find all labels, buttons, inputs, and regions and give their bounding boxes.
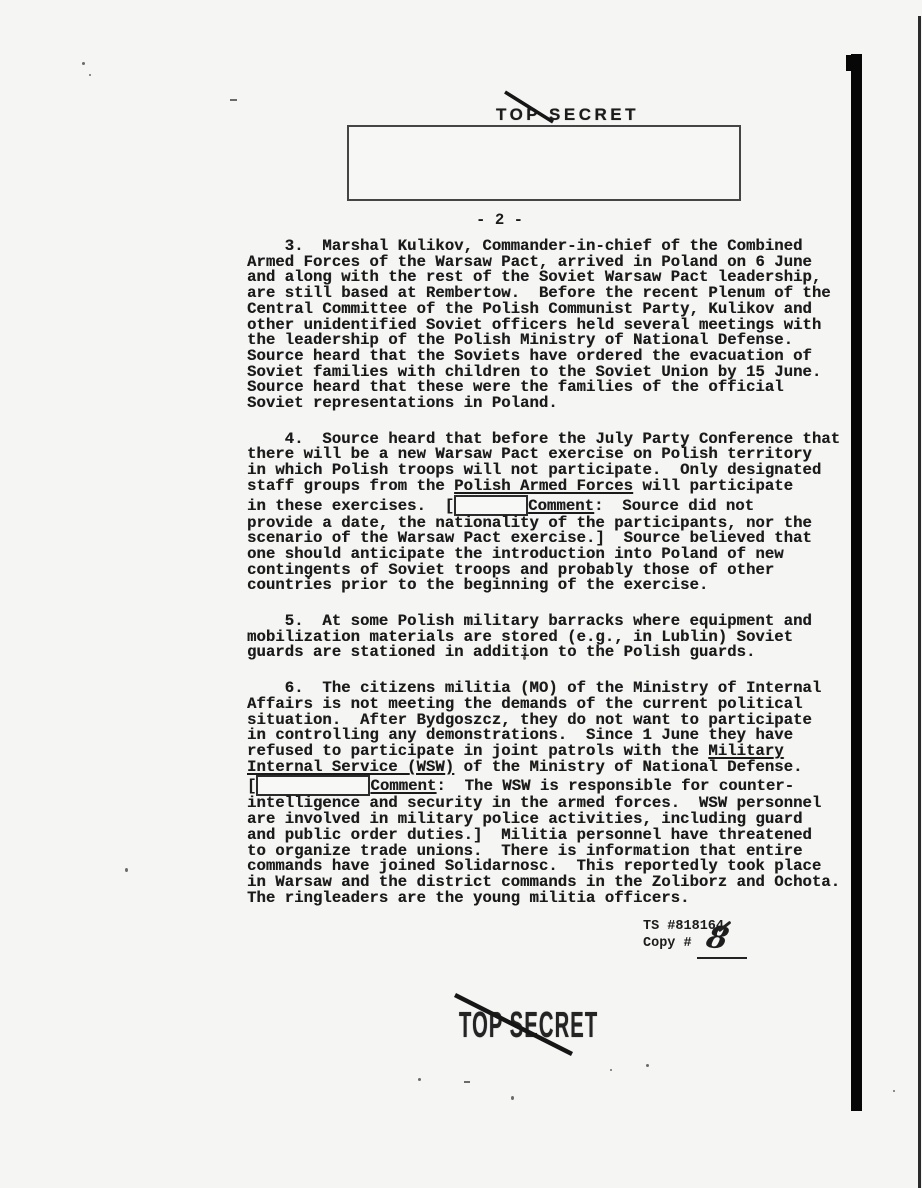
- redaction-box-inline: [454, 495, 528, 516]
- page-number: - 2 -: [476, 211, 523, 229]
- scan-speckle: [89, 74, 91, 76]
- redaction-box-large: [347, 125, 741, 201]
- paragraph: 5. At some Polish military barracks wher…: [247, 614, 840, 661]
- text-line: countries prior to the beginning of the …: [247, 578, 840, 594]
- paragraph: 3. Marshal Kulikov, Commander-in-chief o…: [247, 239, 840, 412]
- document-body: 3. Marshal Kulikov, Commander-in-chief o…: [247, 239, 840, 926]
- paragraph: 4. Source heard that before the July Par…: [247, 432, 840, 594]
- underlined-text: Comment: [528, 497, 594, 515]
- classification-top: TOP SECRET: [496, 105, 639, 125]
- redaction-box-inline: [256, 775, 370, 796]
- text-line: in these exercises. [Comment: Source did…: [247, 495, 840, 516]
- copy-number-underline: [697, 957, 747, 959]
- ts-copy-block: TS #818164 Copy # 8: [643, 918, 724, 952]
- text-segment: The ringleaders are the young militia of…: [247, 889, 689, 907]
- text-segment: in these exercises. [: [247, 497, 454, 515]
- scan-speckle: [646, 1064, 649, 1067]
- text-line: Internal Service (WSW) of the Ministry o…: [247, 760, 840, 776]
- scan-speckle: [523, 650, 526, 653]
- scan-speckle: [523, 656, 526, 660]
- text-segment: of the Ministry of National Defense.: [454, 758, 802, 776]
- text-segment: countries prior to the beginning of the …: [247, 576, 708, 594]
- underlined-text: Polish Armed Forces: [454, 477, 633, 495]
- text-line: Soviet representations in Poland.: [247, 396, 840, 412]
- text-line: The ringleaders are the young militia of…: [247, 891, 840, 907]
- scan-speckle: [82, 62, 85, 65]
- underlined-text: Comment: [370, 777, 436, 795]
- paragraph: 6. The citizens militia (MO) of the Mini…: [247, 681, 840, 906]
- text-segment: : The WSW is responsible for counter-: [436, 777, 794, 795]
- text-segment: will participate: [633, 477, 793, 495]
- scan-speckle: [418, 1078, 421, 1081]
- scan-speckle: [125, 868, 128, 872]
- classification-bottom-stamp: TOP SECRET: [459, 1008, 598, 1042]
- text-segment: staff groups from the: [247, 477, 454, 495]
- scan-speckle: [230, 99, 237, 101]
- text-segment: Soviet representations in Poland.: [247, 394, 558, 412]
- scan-speckle: [610, 1069, 612, 1071]
- text-line: guards are stationed in addition to the …: [247, 645, 840, 661]
- scan-speckle: [464, 1081, 470, 1083]
- scan-speckle: [511, 1096, 514, 1100]
- scan-artifact-blotch: [846, 55, 853, 71]
- scanned-document-page: TOP SECRET - 2 - 3. Marshal Kulikov, Com…: [0, 0, 922, 1188]
- underlined-text: Internal Service (WSW): [247, 758, 454, 776]
- text-line: [Comment: The WSW is responsible for cou…: [247, 775, 840, 796]
- text-segment: [: [247, 777, 256, 795]
- text-segment: guards are stationed in addition to the …: [247, 643, 755, 661]
- text-segment: : Source did not: [594, 497, 754, 515]
- scan-artifact-bar: [851, 54, 862, 1111]
- text-line: staff groups from the Polish Armed Force…: [247, 479, 840, 495]
- scan-edge-line: [918, 16, 921, 1188]
- scan-speckle: [893, 1090, 895, 1092]
